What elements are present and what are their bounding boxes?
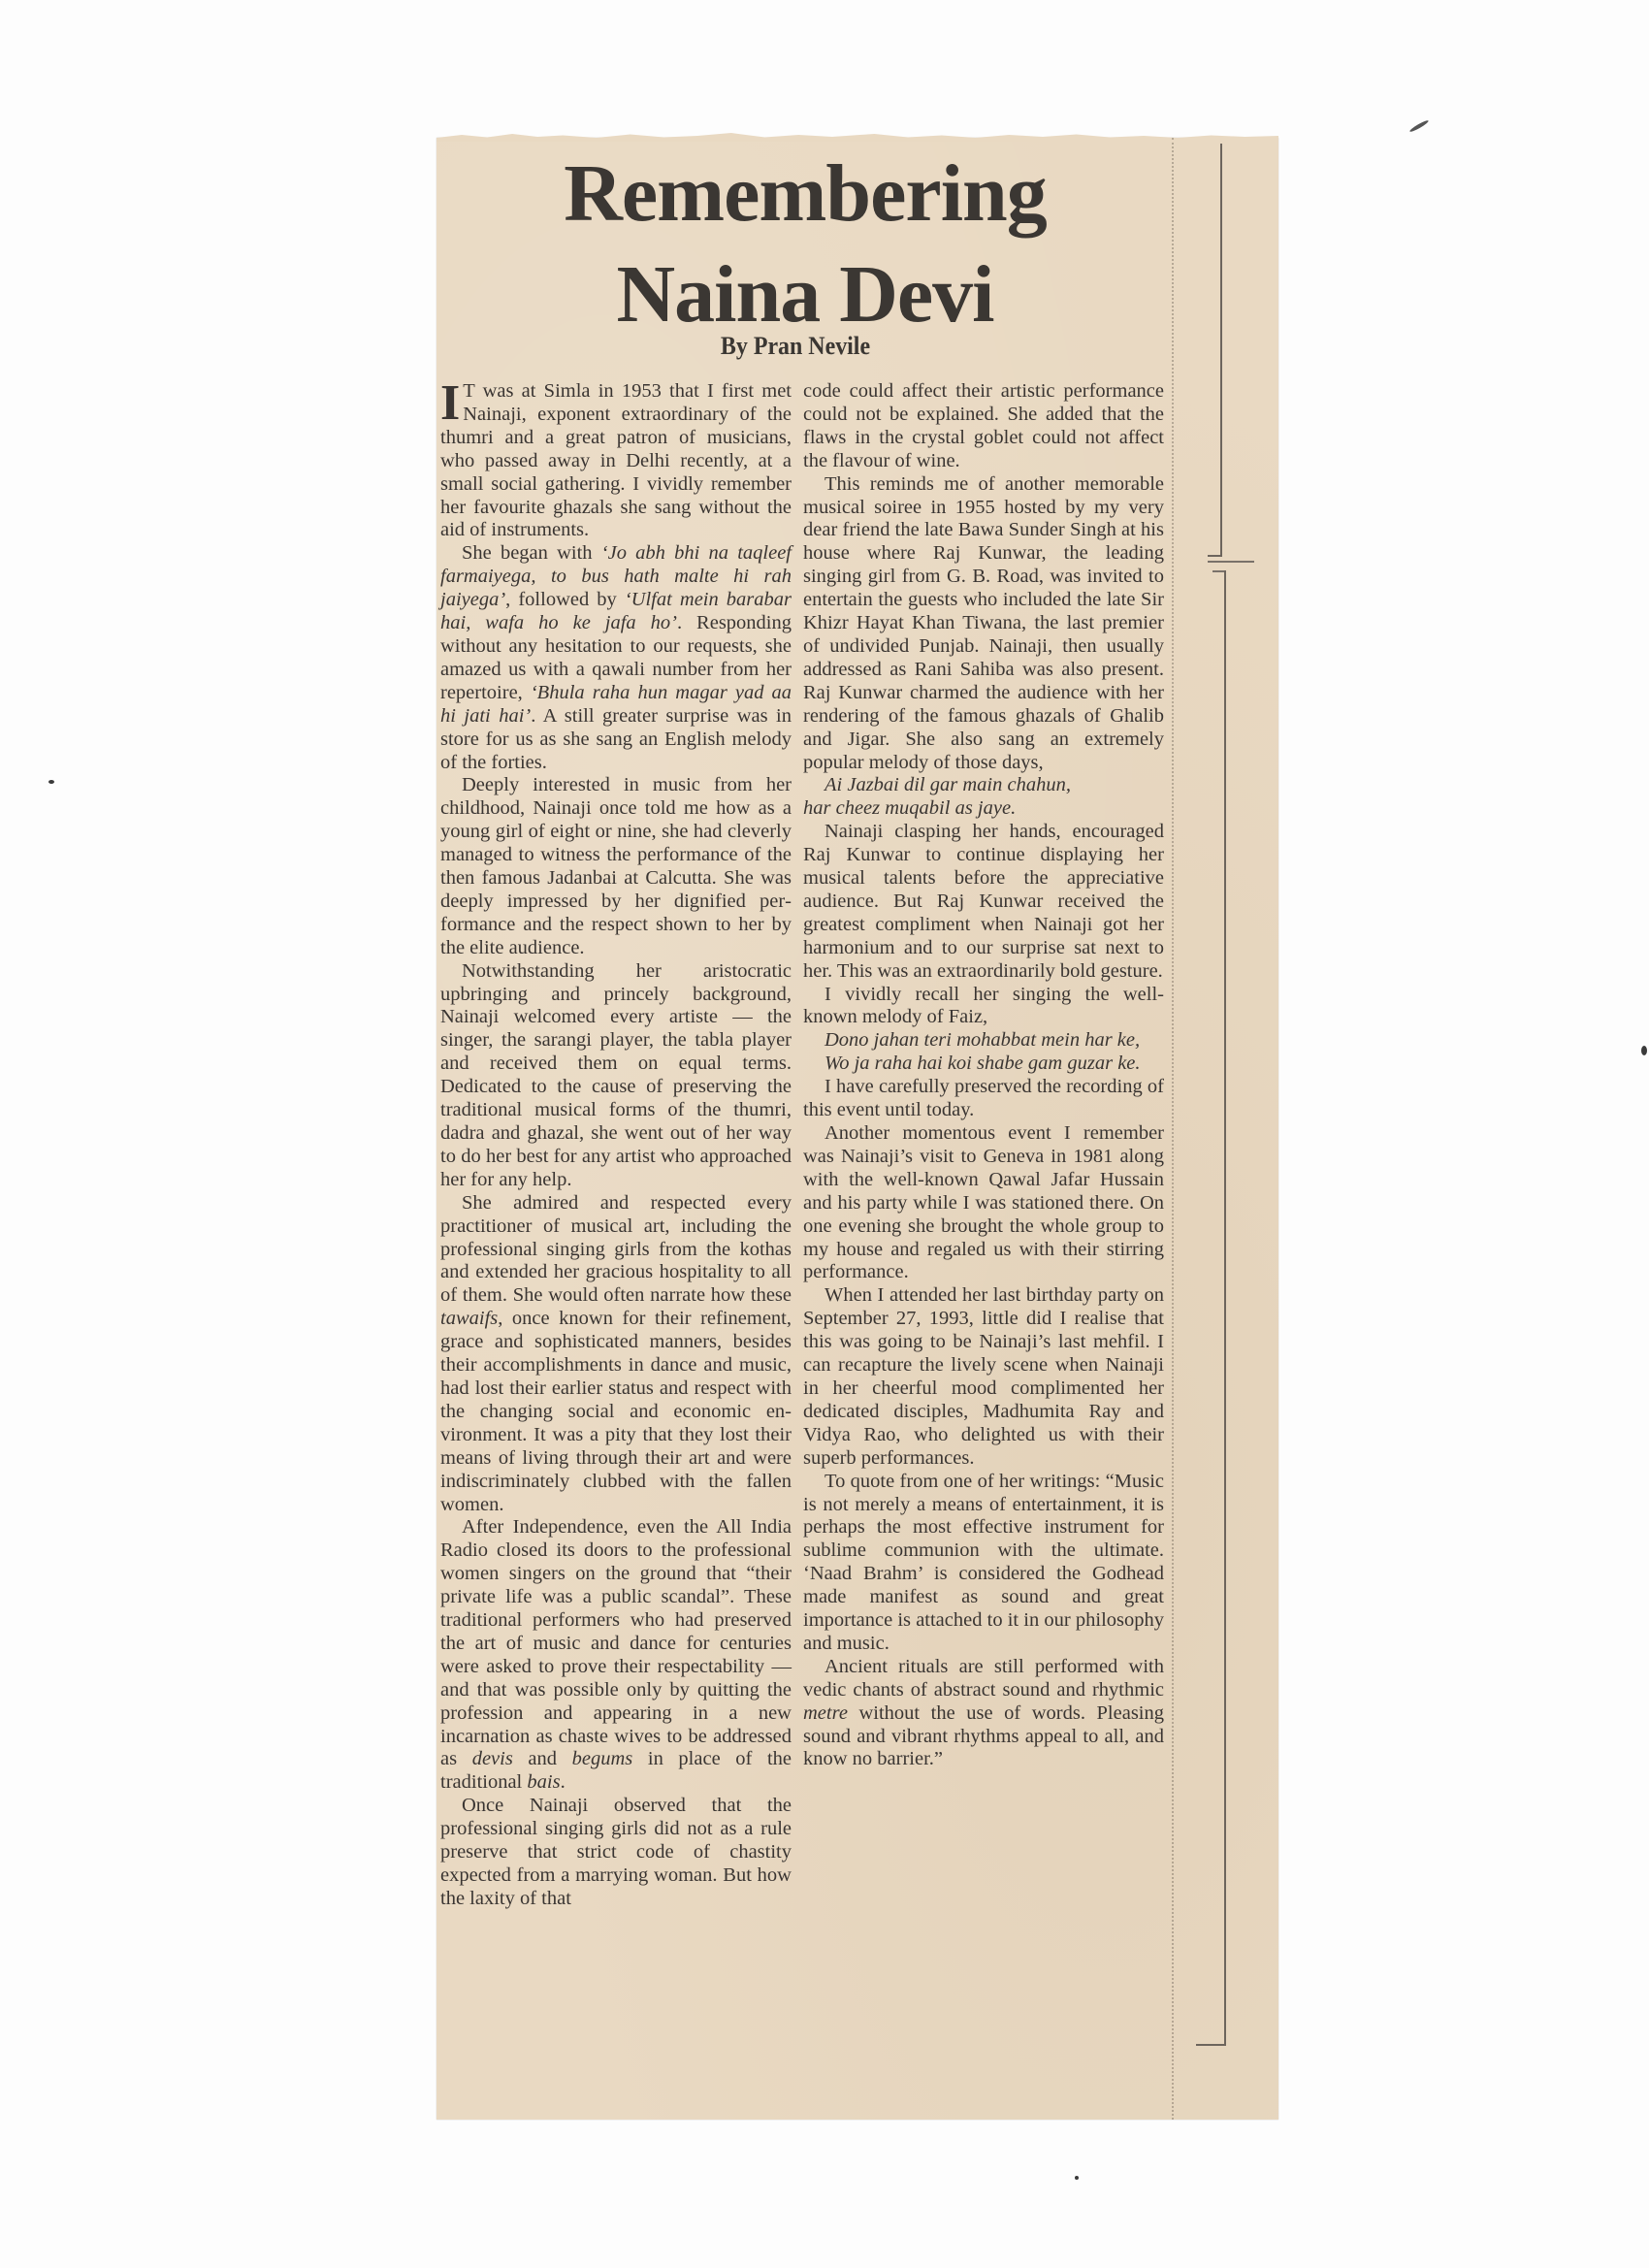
article-paragraph: To quote from one of her writ­ings: “Mus… [803, 1471, 1164, 1656]
rule-corner [1196, 2044, 1226, 2046]
article-paragraph: Another momentous event I re­member was … [803, 1122, 1164, 1284]
article-paragraph: She began with ‘Jo abh bhi na ta­qleef f… [440, 542, 792, 774]
article-paragraph: This reminds me of another memorable mus… [803, 473, 1164, 775]
scan-speck [1408, 119, 1429, 133]
article-paragraph: IT was at Simla in 1953 that I first met… [440, 380, 792, 542]
article-paragraph: Notwithstanding her aristocratic upbring… [440, 960, 792, 1192]
article-paragraph: Wo ja raha hai koi shabe gam guzar ke. [803, 1053, 1164, 1076]
newspaper-clipping: Remembering Naina Devi By Pran Nevile IT… [436, 138, 1278, 2120]
rule-corner [1212, 570, 1224, 572]
rule-corner [1208, 555, 1222, 557]
article-paragraph: Nainaji clasping her hands, en­couraged … [803, 821, 1164, 983]
article-paragraph: I vividly recall her singing the well-kn… [803, 984, 1164, 1030]
scan-speck [1075, 2176, 1079, 2180]
article-paragraph: When I attended her last birthday party … [803, 1284, 1164, 1470]
scan-speck [48, 780, 54, 784]
headline-line-2: Naina Devi [446, 246, 1164, 343]
drop-cap: I [440, 382, 460, 425]
article-paragraph: I have carefully preserved the re­cordin… [803, 1076, 1164, 1122]
article-paragraph: She admired and respected every practiti… [440, 1192, 792, 1517]
article-paragraph: After Independence, even the All India R… [440, 1516, 792, 1795]
adjacent-column-rule [1224, 570, 1226, 2045]
scan-speck [1641, 1046, 1647, 1055]
article-paragraph: Ai Jazbai dil gar main chahun,har cheez … [803, 774, 1164, 821]
article-paragraph: Dono jahan teri mohabbat mein har ke, [803, 1029, 1164, 1053]
article-column-right: code could affect their artistic per­for… [803, 380, 1164, 1771]
article-paragraph: Once Nainaji observed that the professio… [440, 1795, 792, 1911]
column-edge-dotted [1172, 138, 1174, 2120]
article-column-left: IT was at Simla in 1953 that I first met… [440, 380, 792, 1911]
article-paragraph: code could affect their artistic per­for… [803, 380, 1164, 473]
adjacent-column-rule [1220, 144, 1222, 555]
article-paragraph: Ancient rituals are still performed with… [803, 1656, 1164, 1772]
article-paragraph: Deeply interested in music from her chil… [440, 774, 792, 959]
byline: By Pran Nevile [466, 332, 1126, 361]
rule-separator [1208, 561, 1254, 563]
headline-line-1: Remembering [446, 146, 1164, 243]
